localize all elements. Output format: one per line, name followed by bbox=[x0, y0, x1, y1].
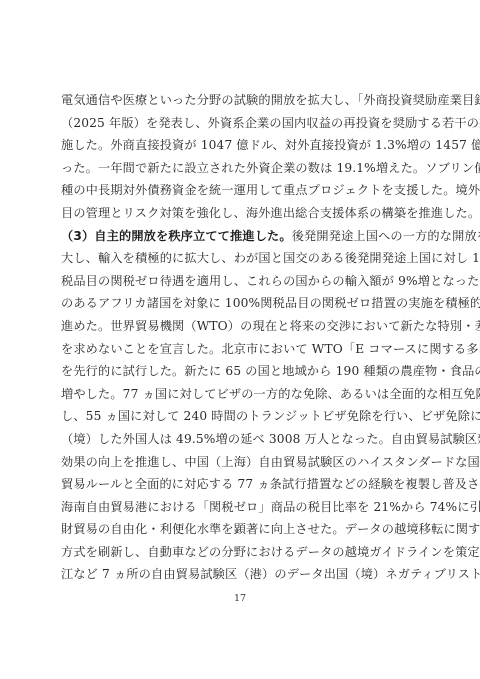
text-line: 目の管理とリスク対策を強化し、海外進出総合支援体系の構築を推進した。 bbox=[61, 202, 423, 225]
text-line: 効果の向上を推進し、中国（上海）自由貿易試験区のハイスタンダードな国際経済 bbox=[61, 451, 423, 474]
section-3-heading: （3）自主的開放を秩序立てて推進した。 bbox=[61, 229, 292, 243]
text-line: 江など 7 ヵ所の自由貿易試験区（港）のデータ出国（境）ネガティブリストの登録 bbox=[61, 563, 423, 586]
text-line: 種の中長期対外債務資金を統一運用して重点プロジェクトを支援した。境外投資項 bbox=[61, 179, 423, 202]
text-line: （2025 年版）を発表し、外資系企業の国内収益の再投資を奨励する若干の措置を実 bbox=[61, 112, 423, 135]
text-line: を先行的に試行した。新たに 65 の国と地域から 190 種類の農産物・食品の参… bbox=[61, 360, 423, 383]
section-3-first-line-rest: 後発開発途上国への一方的な開放を拡 bbox=[292, 229, 480, 243]
section-3-first-line: （3）自主的開放を秩序立てて推進した。後発開発途上国への一方的な開放を拡 bbox=[61, 225, 423, 248]
page-number: 17 bbox=[0, 593, 480, 604]
text-line: し、55 ヵ国に対して 240 時間のトランジットビザ免除を行い、ビザ免除により… bbox=[61, 405, 423, 428]
text-line: 財貿易の自由化・利便化水準を顕著に向上させた。データの越境移転に関する管理 bbox=[61, 518, 423, 541]
text-line: 電気通信や医療といった分野の試験的開放を拡大し、「外商投資奨励産業目録」 bbox=[61, 89, 423, 112]
text-line: 海南自由貿易港における「関税ゼロ」商品の税目比率を 21%から 74%に引き上げ… bbox=[61, 496, 423, 519]
text-line: った。一年間で新たに設立された外資企業の数は 19.1%増えた。ソブリン債など各 bbox=[61, 157, 423, 180]
text-line: 施した。外商直接投資が 1047 億ドル、対外直接投資が 1.3%増の 1457… bbox=[61, 134, 423, 157]
text-line: のあるアフリカ諸国を対象に 100%関税品目の関税ゼロ措置の実施を積極的に推し bbox=[61, 292, 423, 315]
document-page: 電気通信や医療といった分野の試験的開放を拡大し、「外商投資奨励産業目録」 （20… bbox=[0, 0, 480, 679]
body-text: 電気通信や医療といった分野の試験的開放を拡大し、「外商投資奨励産業目録」 （20… bbox=[61, 89, 423, 586]
text-line: を求めないことを宣言した。北京市において WTO「E コマースに関する多国間協定… bbox=[61, 338, 423, 361]
text-line: 方式を刷新し、自動車などの分野におけるデータの越境ガイドラインを策定し、浙 bbox=[61, 541, 423, 564]
text-line: 貿易ルールと全面的に対応する 77 ヵ条試行措置などの経験を複製し普及させた。 bbox=[61, 473, 423, 496]
text-line: 税品目の関税ゼロ待遇を適用し、これらの国からの輸入額が 9%増となった。国交 bbox=[61, 270, 423, 293]
text-line: （境）した外国人は 49.5%増の延べ 3008 万人となった。自由貿易試験区建… bbox=[61, 428, 423, 451]
text-line: 大し、輸入を積極的に拡大し、わが国と国交のある後発開発途上国に対し 100%関 bbox=[61, 247, 423, 270]
text-line: 増やした。77 ヵ国に対してビザの一方的な免除、あるいは全面的な相互免除を実施 bbox=[61, 383, 423, 406]
text-line: 進めた。世界貿易機関（WTO）の現在と将来の交渉において新たな特別・差別待遇 bbox=[61, 315, 423, 338]
